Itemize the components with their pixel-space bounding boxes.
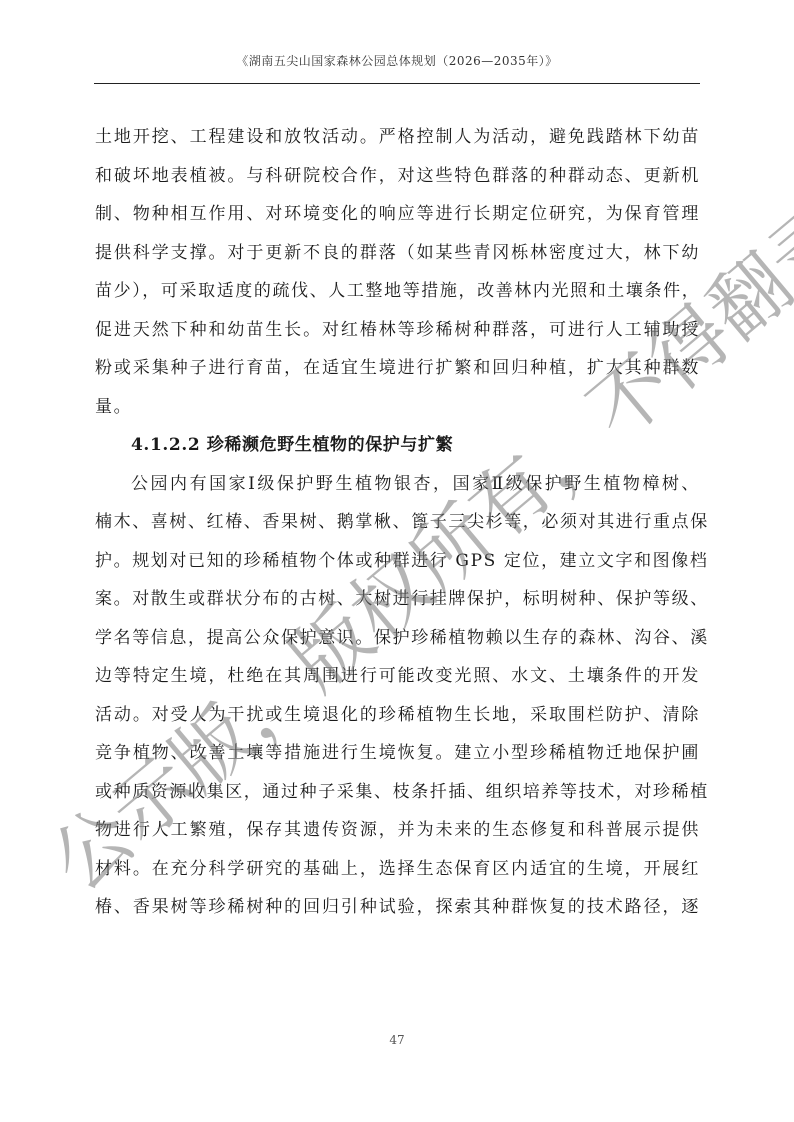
- paragraph-line: 材料。在充分科学研究的基础上，选择生态保育区内适宜的生境，开展红: [95, 850, 700, 889]
- paragraph-line: 护。规划对已知的珍稀植物个体或种群进行 GPS 定位，建立文字和图像档: [95, 542, 700, 581]
- paragraph-line: 提供科学支撑。对于更新不良的群落（如某些青冈栎林密度过大，林下幼: [95, 234, 700, 273]
- paragraph-line: 量。: [95, 388, 700, 427]
- document-header-title: 《湖南五尖山国家森林公园总体规划（2026—2035年）》: [94, 52, 700, 69]
- paragraph-line: 楠木、喜树、红椿、香果树、鹅掌楸、篦子三尖杉等，必须对其进行重点保: [95, 503, 700, 542]
- paragraph-line: 和破坏地表植被。与科研院校合作，对这些特色群落的种群动态、更新机: [95, 157, 700, 196]
- paragraph-line: 或种质资源收集区，通过种子采集、枝条扦插、组织培养等技术，对珍稀植: [95, 773, 700, 812]
- paragraph-line: 促进天然下种和幼苗生长。对红椿林等珍稀树种群落，可进行人工辅助授: [95, 311, 700, 350]
- paragraph-line: 案。对散生或群状分布的古树、大树进行挂牌保护，标明树种、保护等级、: [95, 580, 700, 619]
- paragraph-line: 活动。对受人为干扰或生境退化的珍稀植物生长地，采取围栏防护、清除: [95, 696, 700, 735]
- paragraph-line: 学名等信息，提高公众保护意识。保护珍稀植物赖以生存的森林、沟谷、溪: [95, 619, 700, 658]
- page-number: 47: [0, 1033, 794, 1047]
- paragraph-line: 物进行人工繁殖，保存其遗传资源，并为未来的生态修复和科普展示提供: [95, 811, 700, 850]
- paragraph-line: 竞争植物、改善土壤等措施进行生境恢复。建立小型珍稀植物迁地保护圃: [95, 734, 700, 773]
- section-heading: 4.1.2.2 珍稀濒危野生植物的保护与扩繁: [95, 426, 700, 465]
- paragraph-line: 粉或采集种子进行育苗，在适宜生境进行扩繁和回归种植，扩大其种群数: [95, 349, 700, 388]
- paragraph-line: 椿、香果树等珍稀树种的回归引种试验，探索其种群恢复的技术路径，逐: [95, 888, 700, 927]
- header-divider: [94, 83, 700, 84]
- paragraph-line: 公园内有国家Ⅰ级保护野生植物银杏，国家Ⅱ级保护野生植物樟树、: [95, 465, 700, 504]
- paragraph-line: 苗少），可采取适度的疏伐、人工整地等措施，改善林内光照和土壤条件，: [95, 272, 700, 311]
- paragraph-line: 土地开挖、工程建设和放牧活动。严格控制人为活动，避免践踏林下幼苗: [95, 118, 700, 157]
- paragraph-line: 制、物种相互作用、对环境变化的响应等进行长期定位研究，为保育管理: [95, 195, 700, 234]
- document-body: 土地开挖、工程建设和放牧活动。严格控制人为活动，避免践踏林下幼苗 和破坏地表植被…: [95, 118, 700, 927]
- paragraph-line: 边等特定生境，杜绝在其周围进行可能改变光照、水文、土壤条件的开发: [95, 657, 700, 696]
